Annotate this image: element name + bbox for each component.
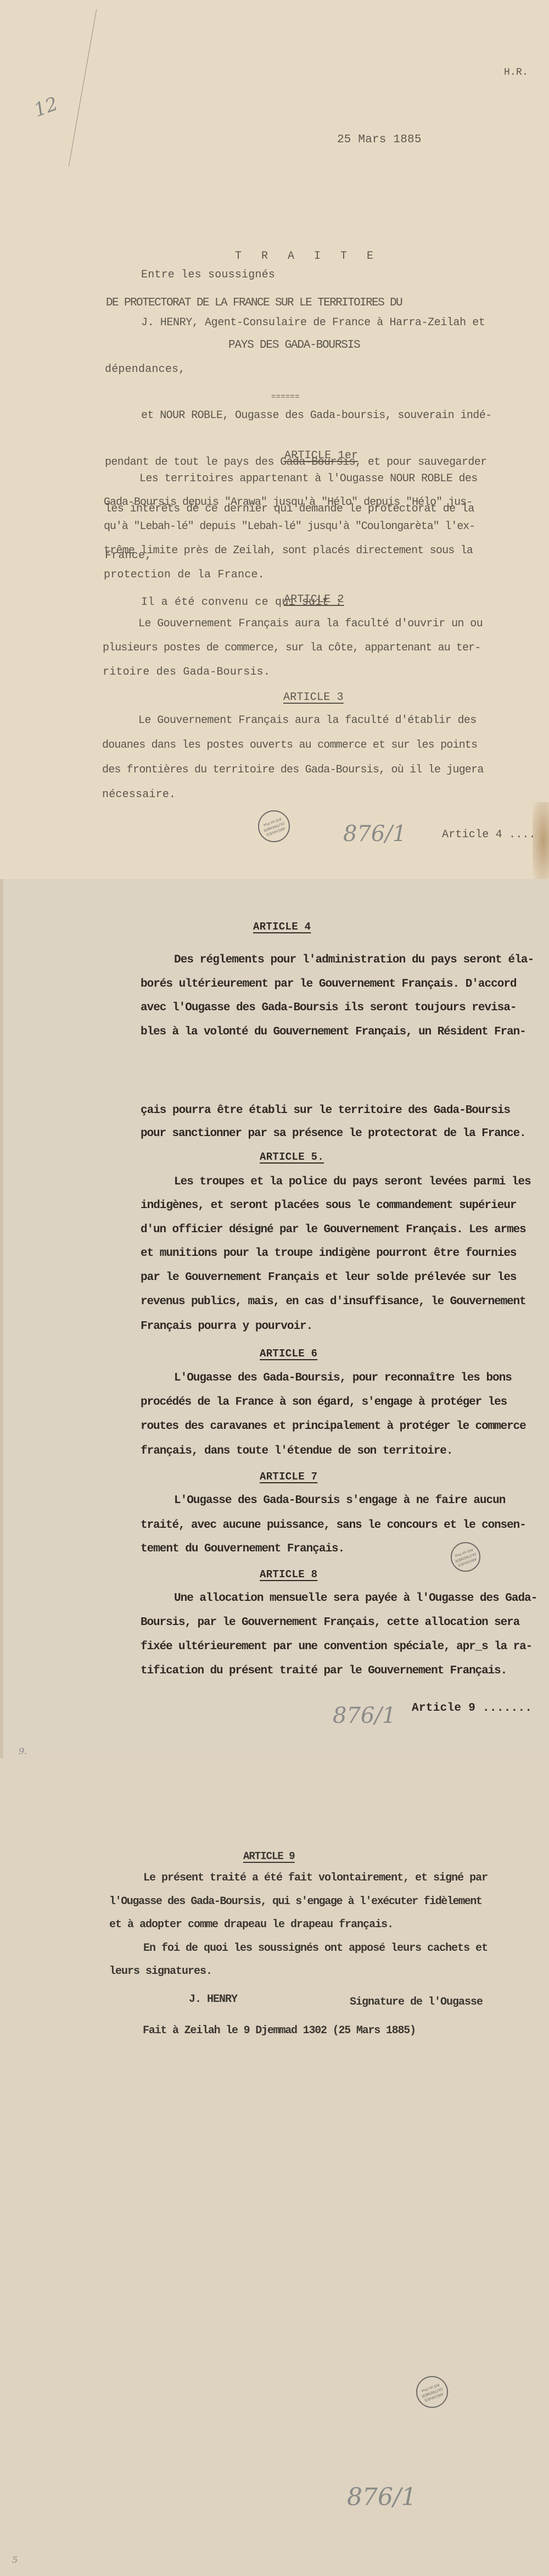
pencil-stroke [69, 9, 97, 166]
archive-stamp: ARCHIVES OUTREMER AIX en Pce [416, 2376, 448, 2408]
article-1-line: qu'à "Lebah-lé" depuis "Lebah-lé" jusqu'… [104, 520, 475, 533]
continuation-note: Article 4 .... [442, 828, 536, 841]
article-2-line: ritoire des Gada-Boursis. [103, 666, 270, 678]
intro-line: Entre les soussignés [141, 269, 275, 281]
article-4-line: çais pourra être établi sur le territoir… [141, 1104, 510, 1117]
article-1-line: trême limite près de Zeilah, sont placés… [104, 544, 473, 557]
title-line-2: DE PROTECTORAT DE LA FRANCE SUR LE TERRI… [106, 297, 402, 309]
article-4-line: bles à la volonté du Gouvernement França… [141, 1026, 526, 1038]
article-4-line: pour sanctionner par sa présence le prot… [141, 1127, 526, 1140]
continuation-note: Article 9 ....... [412, 1702, 532, 1715]
pencil-page-number: 12 [31, 93, 60, 121]
intro-line: et NOUR ROBLE, Ougasse des Gada-boursis,… [141, 409, 492, 422]
title-line-3: PAYS DES GADA-BOURSIS [228, 339, 360, 352]
article-7-line: L'Ougasse des Gada-Boursis s'engage à ne… [174, 1494, 505, 1507]
article-7-line: traité, avec aucune puissance, sans le c… [141, 1519, 526, 1532]
article-5-line: d'un officier désigné par le Gouvernemen… [141, 1223, 526, 1236]
article-2-line: plusieurs postes de commerce, sur la côt… [103, 642, 480, 654]
article-6-heading: ARTICLE 6 [260, 1348, 317, 1360]
done-at-line: Fait à Zeilah le 9 Djemmad 1302 (25 Mars… [143, 2024, 416, 2037]
page-2: ARTICLE 4 Des réglements pour l'administ… [0, 879, 549, 1758]
article-5-line: et munitions pour la troupe indigène pou… [141, 1247, 517, 1260]
article-1-line: protection de la France. [104, 569, 265, 581]
article-5-line: indigènes, et seront placées sous le com… [141, 1199, 517, 1212]
article-5-line: revenus publics, mais, en cas d'insuffis… [141, 1295, 526, 1308]
pencil-archive-number: 876/1 [347, 2483, 417, 2511]
article-3-line: douanes dans les postes ouverts au comme… [102, 739, 477, 752]
article-6-line: L'Ougasse des Gada-Boursis, pour reconna… [174, 1372, 512, 1384]
article-5-line: par le Gouvernement Français et leur sol… [141, 1271, 517, 1284]
article-5-line: Les troupes et la police du pays seront … [174, 1176, 531, 1188]
article-8-heading: ARTICLE 8 [260, 1568, 317, 1581]
article-8-line: tification du présent traité par le Gouv… [141, 1665, 507, 1677]
article-8-line: fixée ultérieurement par une convention … [141, 1640, 532, 1653]
page-3: ARTICLE 9 Le présent traité a été fait v… [0, 1758, 549, 2576]
intro-line: dépendances, [105, 363, 185, 376]
article-1-heading: ARTICLE 1er [284, 449, 358, 462]
article-7-line: tement du Gouvernement Français. [141, 1543, 344, 1555]
article-8-line: Une allocation mensuelle sera payée à l'… [174, 1592, 537, 1605]
article-3-line: Le Gouvernement Français aura la faculté… [138, 714, 477, 727]
article-4-line: borés ultérieurement par le Gouvernement… [141, 978, 517, 991]
article-9-line: et à adopter comme drapeau le drapeau fr… [109, 1918, 393, 1931]
archive-stamp: ARCHIVES OUTREMER AIX en Pce [258, 810, 290, 842]
pencil-archive-number: 876/1 [333, 1703, 396, 1728]
article-3-line: nécessaire. [102, 788, 176, 801]
article-9-line: Le présent traité a été fait volontairem… [143, 1872, 488, 1884]
article-9-heading: ARTICLE 9 [243, 1850, 295, 1862]
article-8-line: Boursis, par le Gouvernement Français, c… [141, 1616, 519, 1629]
article-9-line: leurs signatures. [109, 1965, 212, 1978]
intro-line: J. HENRY, Agent-Consulaire de France à H… [141, 316, 485, 329]
pencil-archive-number: 876/1 [343, 821, 406, 847]
corner-mark: H.R. [504, 67, 528, 78]
pencil-page-mark: 9. [19, 1746, 27, 1756]
article-2-heading: ARTICLE 2 [284, 593, 344, 606]
article-4-heading: ARTICLE 4 [253, 921, 311, 933]
article-1-line: Gada-Boursis depuis "Arawa" jusqu'à "Hél… [104, 496, 472, 509]
article-2-line: Le Gouvernement Français aura la faculté… [138, 617, 483, 630]
paper-stain [533, 802, 549, 879]
pencil-page-mark: 5 [12, 2555, 18, 2565]
article-1-line: Les territoires appartenant à l'Ougasse … [139, 472, 478, 485]
title-rule: ====== [271, 393, 300, 402]
article-4-line: avec l'Ougasse des Gada-Boursis ils sero… [141, 1002, 517, 1014]
document-date: 25 Mars 1885 [337, 133, 422, 146]
article-5-line: Français pourra y pourvoir. [141, 1320, 312, 1333]
article-9-line: En foi de quoi les soussignés ont apposé… [143, 1942, 488, 1955]
signature-left: J. HENRY [189, 1993, 237, 2006]
article-4-line: Des réglements pour l'administration du … [174, 954, 534, 966]
title-traite: T R A I T E [235, 250, 380, 263]
article-6-line: procédés de la France à son égard, s'eng… [141, 1396, 507, 1409]
page-1: 12 H.R. 25 Mars 1885 T R A I T E DE PROT… [0, 0, 549, 879]
article-7-heading: ARTICLE 7 [260, 1471, 317, 1483]
article-9-line: l'Ougasse des Gada-Boursis, qui s'engage… [109, 1895, 482, 1908]
article-3-heading: ARTICLE 3 [283, 691, 344, 704]
archive-stamp: ARCHIVES OUTREMER AIX en Pce [451, 1542, 480, 1572]
article-6-line: routes des caravanes et principalement à… [141, 1420, 526, 1433]
article-5-heading: ARTICLE 5. [260, 1151, 324, 1163]
article-3-line: des frontières du territoire des Gada-Bo… [102, 764, 484, 776]
article-6-line: français, dans toute l'étendue de son te… [141, 1445, 453, 1457]
signature-right: Signature de l'Ougasse [350, 1996, 483, 2008]
